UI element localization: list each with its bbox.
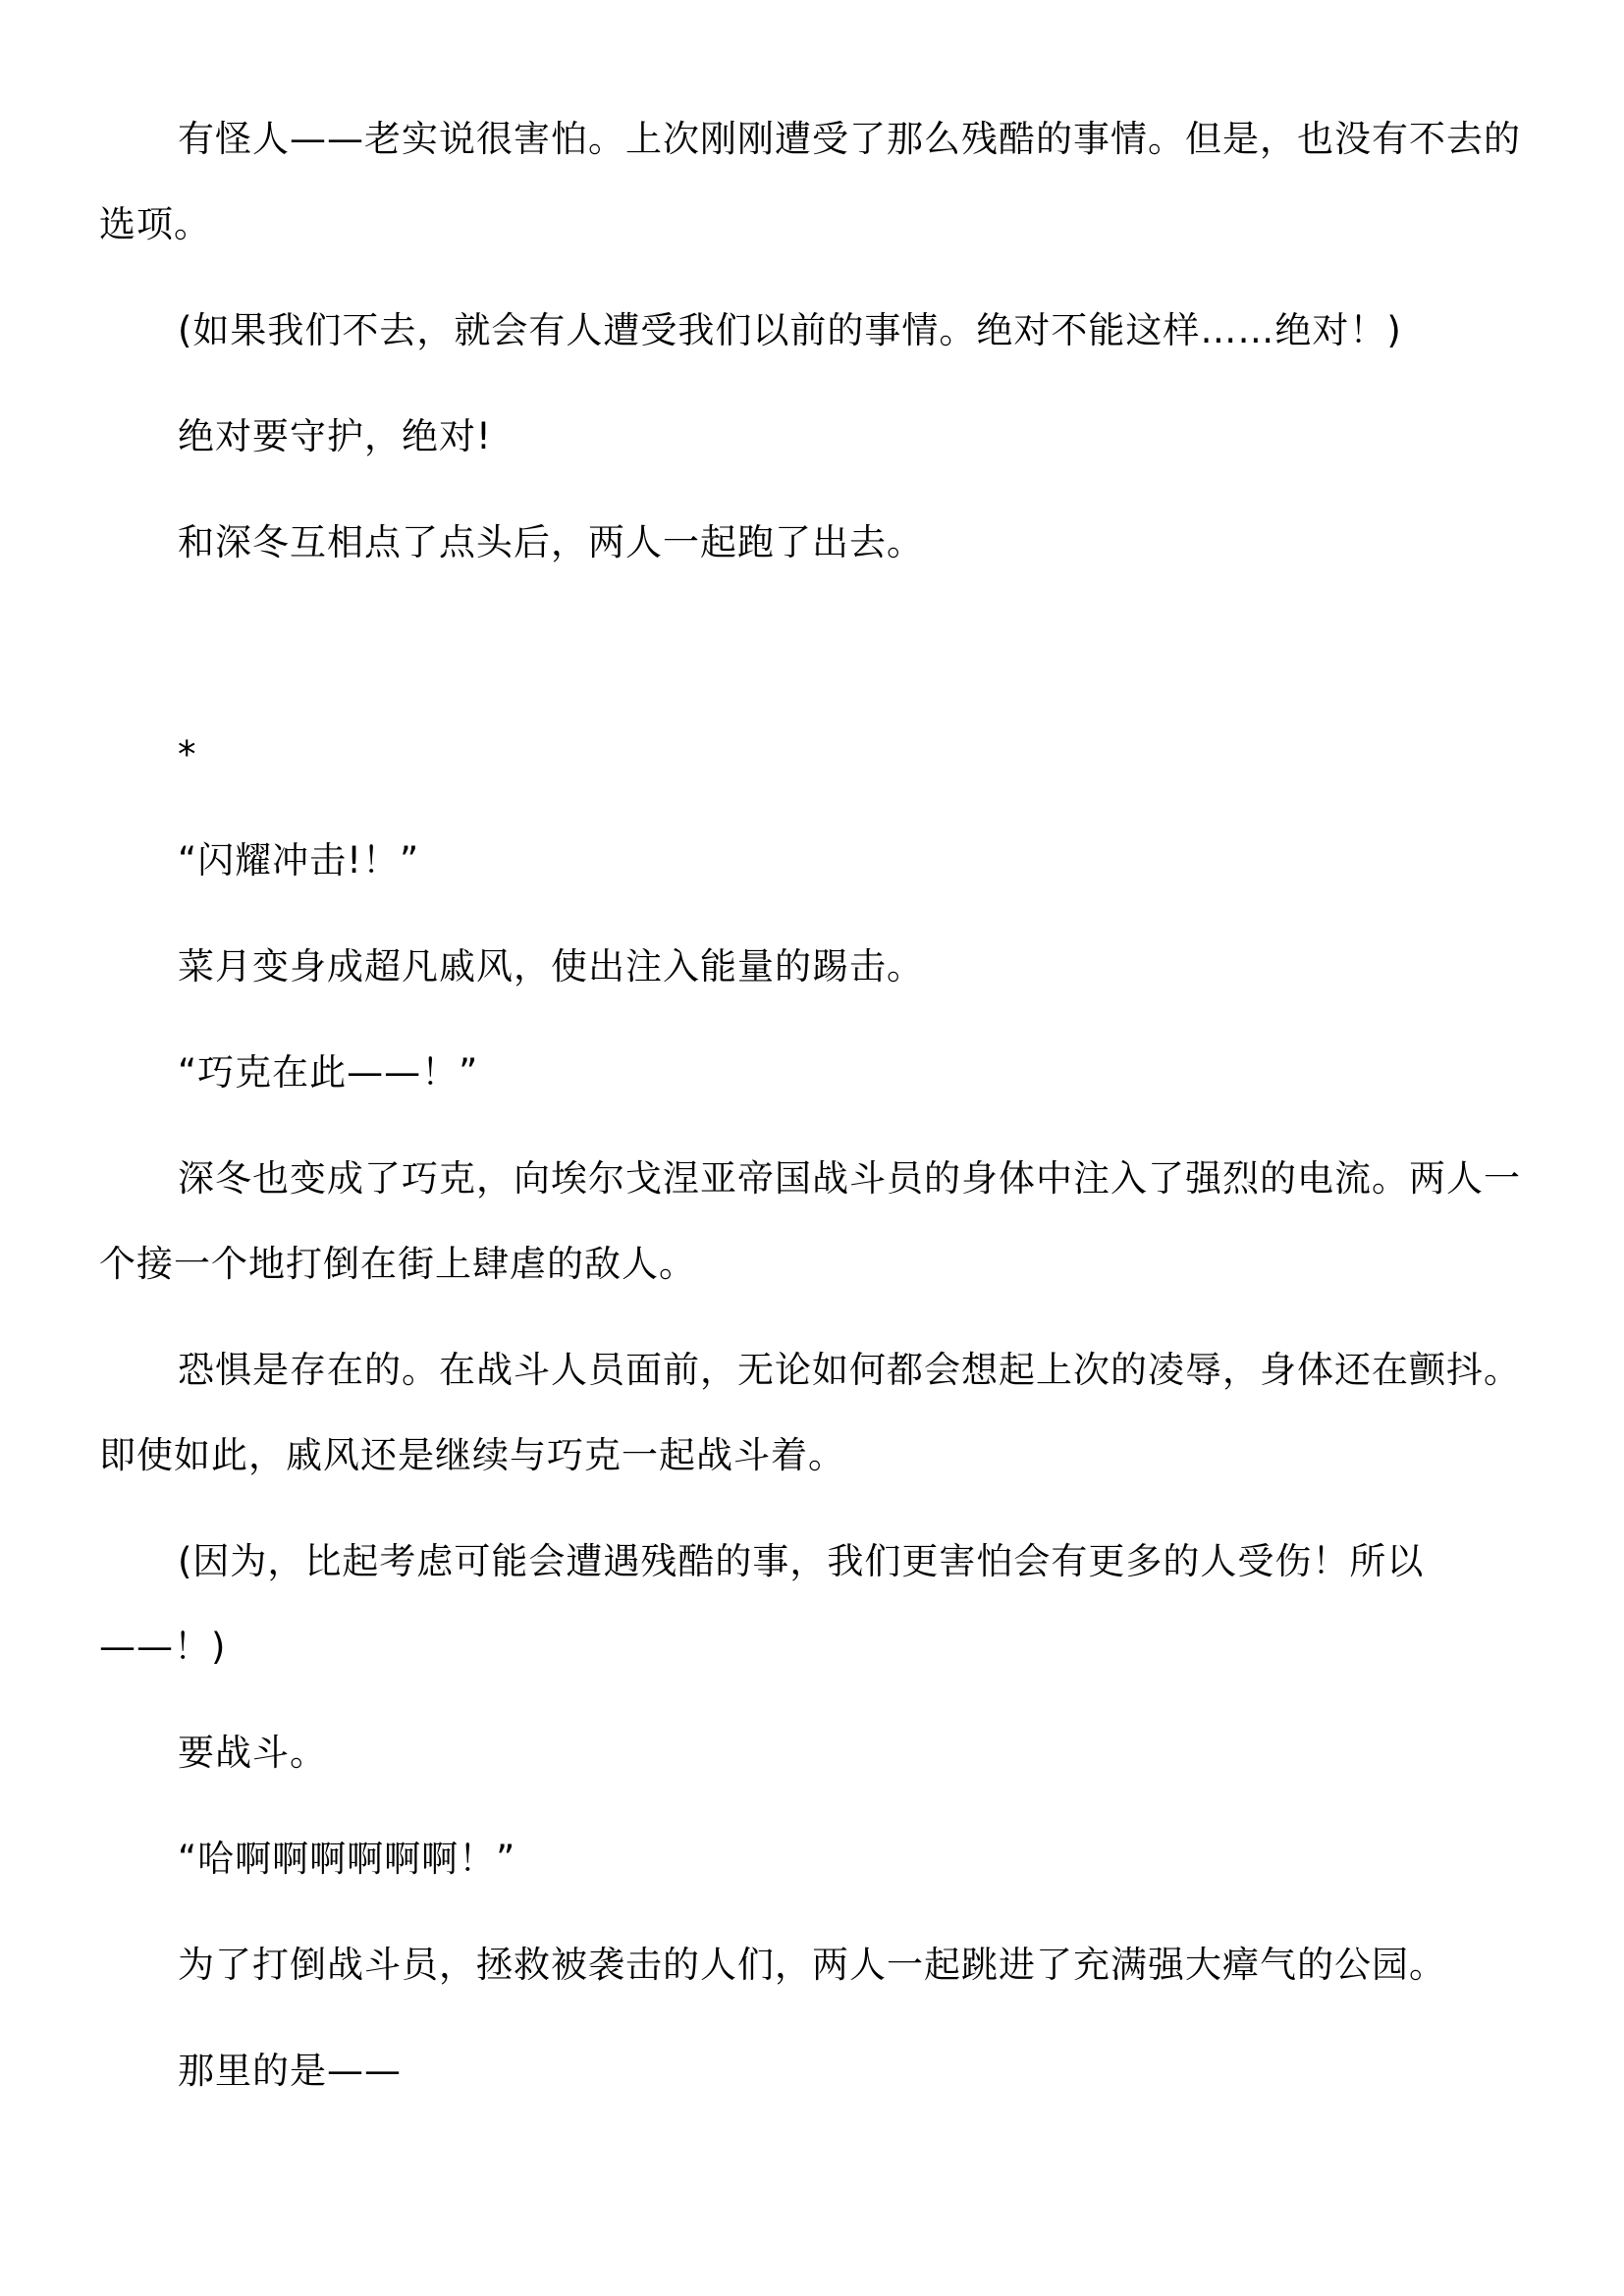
paragraph: 菜月变身成超凡戚风，使出注入能量的踢击。 bbox=[99, 924, 1533, 1009]
paragraph: “哈啊啊啊啊啊啊！” bbox=[99, 1816, 1533, 1901]
paragraph: 恐惧是存在的。在战斗人员面前，无论如何都会想起上次的凌辱，身体还在颤抖。即使如此… bbox=[99, 1327, 1533, 1498]
scene-break: * bbox=[99, 712, 1533, 797]
paragraph: 绝对要守护，绝对! bbox=[99, 394, 1533, 479]
paragraph: “巧克在此——！” bbox=[99, 1030, 1533, 1115]
paragraph: “闪耀冲击!！” bbox=[99, 818, 1533, 903]
paragraph: 要战斗。 bbox=[99, 1710, 1533, 1795]
blank-line bbox=[99, 606, 1533, 712]
paragraph: (因为，比起考虑可能会遭遇残酷的事，我们更害怕会有更多的人受伤！所以——！) bbox=[99, 1519, 1533, 1689]
paragraph: 深冬也变成了巧克，向埃尔戈涅亚帝国战斗员的身体中注入了强烈的电流。两人一个接一个… bbox=[99, 1136, 1533, 1307]
paragraph: (如果我们不去，就会有人遭受我们以前的事情。绝对不能这样……绝对！) bbox=[99, 288, 1533, 373]
paragraph: 有怪人——老实说很害怕。上次刚刚遭受了那么残酷的事情。但是，也没有不去的选项。 bbox=[99, 96, 1533, 267]
paragraph: 那里的是—— bbox=[99, 2028, 1533, 2113]
paragraph: 和深冬互相点了点头后，两人一起跑了出去。 bbox=[99, 500, 1533, 585]
paragraph: 为了打倒战斗员，拯救被袭击的人们，两人一起跳进了充满强大瘴气的公园。 bbox=[99, 1922, 1533, 2007]
document-page: 有怪人——老实说很害怕。上次刚刚遭受了那么残酷的事情。但是，也没有不去的选项。 … bbox=[99, 96, 1533, 2134]
